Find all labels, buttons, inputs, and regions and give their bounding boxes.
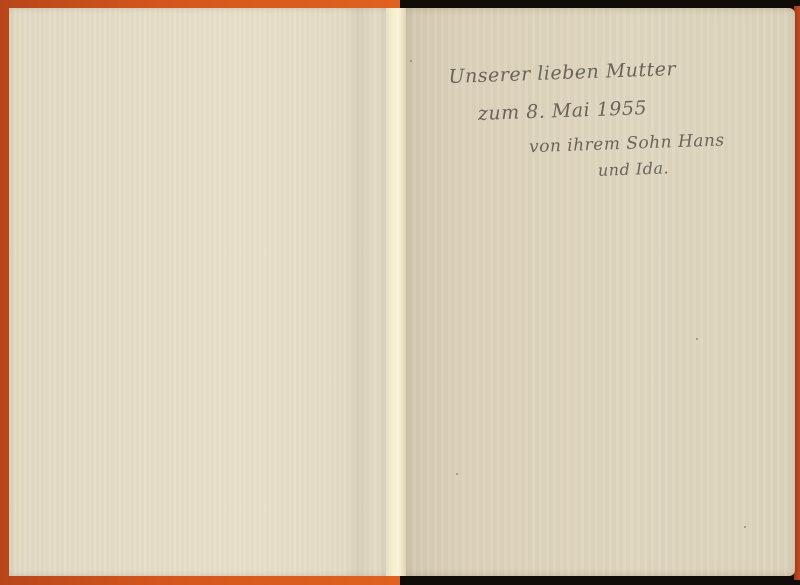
right-flyleaf-page <box>406 8 795 576</box>
paper-speck <box>744 526 746 528</box>
open-book: Unserer lieben Mutter zum 8. Mai 1955 vo… <box>0 0 800 585</box>
dedication-line-4: und Ida. <box>598 158 670 179</box>
paper-speck <box>696 338 698 340</box>
endpaper-hinge <box>345 8 390 576</box>
paper-speck <box>410 60 412 62</box>
left-endpaper <box>9 8 392 576</box>
book-gutter <box>386 8 408 576</box>
background-top-strip <box>400 0 800 8</box>
background-bottom-strip <box>400 576 800 585</box>
paper-speck <box>456 473 458 475</box>
